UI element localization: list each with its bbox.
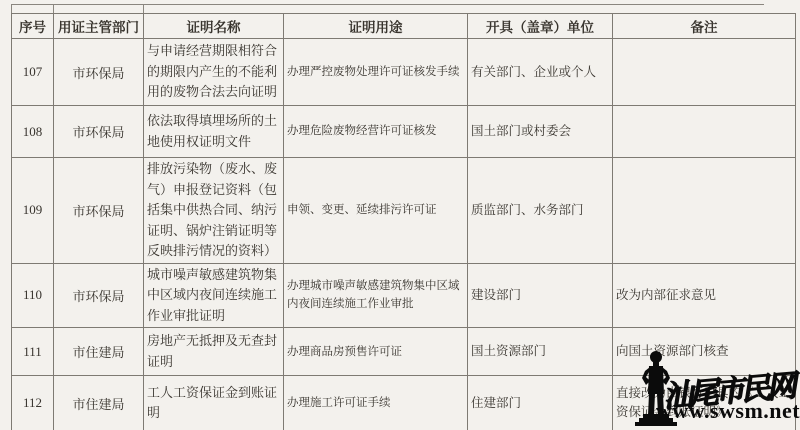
cell-remark: 直接改为由银行出具的《工人工资保证金到账证明》 (613, 376, 796, 430)
table-header-row: 序号 用证主管部门 证明名称 证明用途 开具（盖章）单位 备注 (12, 14, 796, 39)
cell-no: 109 (12, 158, 54, 264)
previous-row-border-stub (11, 4, 12, 13)
cell-no: 110 (12, 263, 54, 328)
table-row: 111 市住建局 房地产无抵押及无查封证明 办理商品房预售许可证 国土资源部门 … (12, 328, 796, 376)
cell-dept: 市环保局 (54, 106, 144, 158)
col-header-remark: 备注 (613, 14, 796, 39)
cell-purpose: 办理商品房预售许可证 (284, 328, 468, 376)
cell-issuer: 有关部门、企业或个人 (468, 39, 613, 106)
cell-dept: 市环保局 (54, 263, 144, 328)
table-row: 108 市环保局 依法取得填埋场所的土地使用权证明文件 办理危险废物经营许可证核… (12, 106, 796, 158)
cell-no: 112 (12, 376, 54, 430)
cell-issuer: 质监部门、水务部门 (468, 158, 613, 264)
cell-issuer: 国土部门或村委会 (468, 106, 613, 158)
cell-name: 与申请经营期限相符合的期限内产生的不能利用的废物合法去向证明 (144, 39, 284, 106)
cell-name: 工人工资保证金到账证明 (144, 376, 284, 430)
cell-no: 107 (12, 39, 54, 106)
table-row: 112 市住建局 工人工资保证金到账证明 办理施工许可证手续 住建部门 直接改为… (12, 376, 796, 430)
cell-dept: 市住建局 (54, 328, 144, 376)
cell-remark (613, 39, 796, 106)
cell-no: 108 (12, 106, 54, 158)
cell-dept: 市环保局 (54, 39, 144, 106)
cell-remark (613, 106, 796, 158)
cell-purpose: 办理严控废物处理许可证核发手续 (284, 39, 468, 106)
cell-remark: 向国土资源部门核查 (613, 328, 796, 376)
previous-row-bottom-border (11, 4, 764, 5)
col-header-name: 证明名称 (144, 14, 284, 39)
cell-remark (613, 158, 796, 264)
col-header-dept: 用证主管部门 (54, 14, 144, 39)
cell-name: 依法取得填埋场所的土地使用权证明文件 (144, 106, 284, 158)
cell-name: 房地产无抵押及无查封证明 (144, 328, 284, 376)
cell-purpose: 办理危险废物经营许可证核发 (284, 106, 468, 158)
cell-issuer: 国土资源部门 (468, 328, 613, 376)
previous-row-border-stub (143, 4, 144, 13)
cell-issuer: 住建部门 (468, 376, 613, 430)
col-header-no: 序号 (12, 14, 54, 39)
col-header-purpose: 证明用途 (284, 14, 468, 39)
table-row: 107 市环保局 与申请经营期限相符合的期限内产生的不能利用的废物合法去向证明 … (12, 39, 796, 106)
table-row: 110 市环保局 城市噪声敏感建筑物集中区域内夜间连续施工作业审批证明 办理城市… (12, 263, 796, 328)
previous-row-border-stub (53, 4, 54, 13)
cell-dept: 市环保局 (54, 158, 144, 264)
table-row: 109 市环保局 排放污染物（废水、废气）申报登记资料（包括集中供热合同、纳污证… (12, 158, 796, 264)
cell-purpose: 办理城市噪声敏感建筑物集中区域内夜间连续施工作业审批 (284, 263, 468, 328)
cell-name: 排放污染物（废水、废气）申报登记资料（包括集中供热合同、纳污证明、锅炉注销证明等… (144, 158, 284, 264)
cell-name: 城市噪声敏感建筑物集中区域内夜间连续施工作业审批证明 (144, 263, 284, 328)
cell-remark: 改为内部征求意见 (613, 263, 796, 328)
cell-dept: 市住建局 (54, 376, 144, 430)
col-header-issuer: 开具（盖章）单位 (468, 14, 613, 39)
cell-purpose: 申领、变更、延续排污许可证 (284, 158, 468, 264)
certificates-table: 序号 用证主管部门 证明名称 证明用途 开具（盖章）单位 备注 107 市环保局… (11, 13, 796, 430)
cell-purpose: 办理施工许可证手续 (284, 376, 468, 430)
cell-issuer: 建设部门 (468, 263, 613, 328)
scanned-document-page: 序号 用证主管部门 证明名称 证明用途 开具（盖章）单位 备注 107 市环保局… (0, 0, 800, 430)
cell-no: 111 (12, 328, 54, 376)
